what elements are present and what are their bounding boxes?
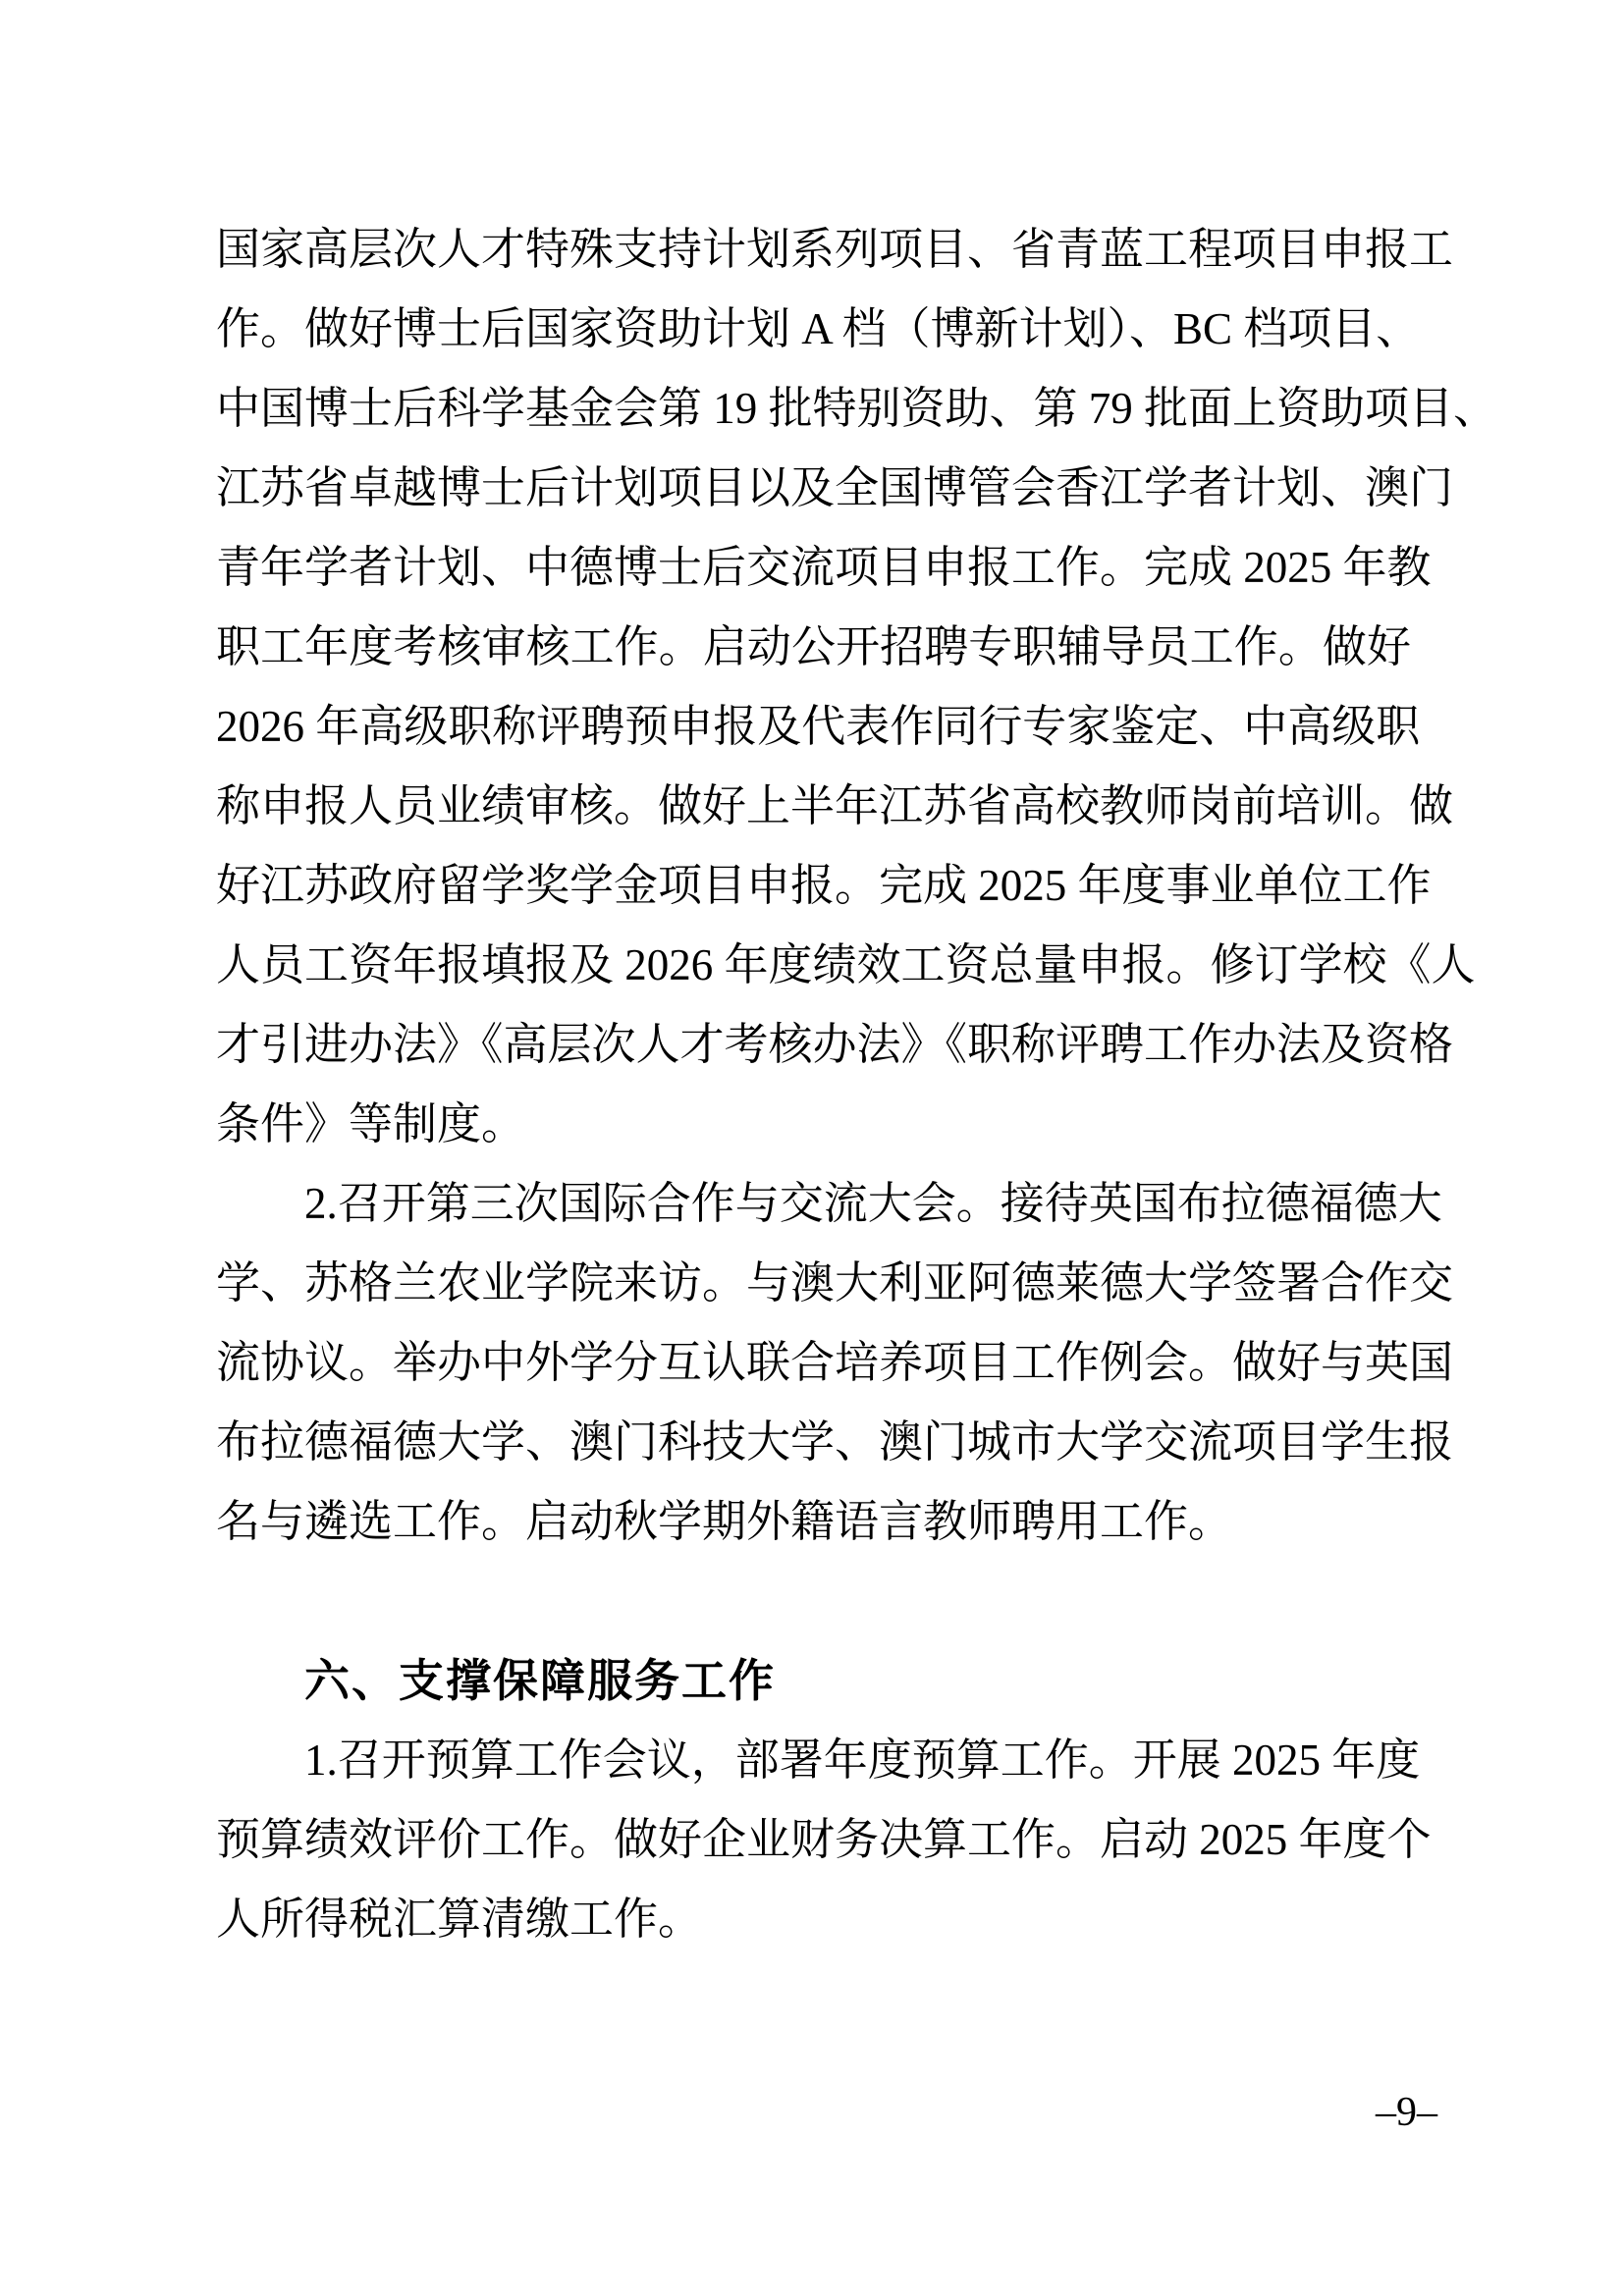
text-line: 好江苏政府留学奖学金项目申报。完成 2025 年度事业单位工作 xyxy=(216,846,1411,926)
text-line: 流协议。举办中外学分互认联合培养项目工作例会。做好与英国 xyxy=(216,1323,1411,1403)
text-line: 1.召开预算工作会议，部署年度预算工作。开展 2025 年度 xyxy=(216,1721,1411,1800)
text-line: 作。做好博士后国家资助计划 A 档（博新计划）、BC 档项目、 xyxy=(216,290,1411,369)
document-body: 国家高层次人才特殊支持计划系列项目、省青蓝工程项目申报工作。做好博士后国家资助计… xyxy=(216,210,1411,1959)
text-line: 才引进办法》《高层次人才考核办法》《职称评聘工作办法及资格 xyxy=(216,1005,1411,1085)
text-line: 预算绩效评价工作。做好企业财务决算工作。启动 2025 年度个 xyxy=(216,1800,1411,1880)
text-line: 江苏省卓越博士后计划项目以及全国博管会香江学者计划、澳门 xyxy=(216,449,1411,528)
text-line: 人所得税汇算清缴工作。 xyxy=(216,1880,1411,1959)
text-line: 国家高层次人才特殊支持计划系列项目、省青蓝工程项目申报工 xyxy=(216,210,1411,290)
text-line: 条件》等制度。 xyxy=(216,1085,1411,1164)
text-line: 名与遴选工作。启动秋学期外籍语言教师聘用工作。 xyxy=(216,1482,1411,1562)
text-line: 职工年度考核审核工作。启动公开招聘专职辅导员工作。做好 xyxy=(216,608,1411,687)
text-line: 2.召开第三次国际合作与交流大会。接待英国布拉德福德大 xyxy=(216,1164,1411,1244)
document-page: 国家高层次人才特殊支持计划系列项目、省青蓝工程项目申报工作。做好博士后国家资助计… xyxy=(0,0,1624,2296)
text-line: 称申报人员业绩审核。做好上半年江苏省高校教师岗前培训。做 xyxy=(216,767,1411,846)
text-line: 人员工资年报填报及 2026 年度绩效工资总量申报。修订学校《人 xyxy=(216,926,1411,1005)
text-line: 中国博士后科学基金会第 19 批特别资助、第 79 批面上资助项目、 xyxy=(216,369,1411,449)
text-line: 青年学者计划、中德博士后交流项目申报工作。完成 2025 年教 xyxy=(216,528,1411,608)
text-line: 学、苏格兰农业学院来访。与澳大利亚阿德莱德大学签署合作交 xyxy=(216,1244,1411,1323)
text-line: 布拉德福德大学、澳门科技大学、澳门城市大学交流项目学生报 xyxy=(216,1403,1411,1482)
text-line: 2026 年高级职称评聘预申报及代表作同行专家鉴定、中高级职 xyxy=(216,687,1411,767)
section-heading: 六、支撑保障服务工作 xyxy=(216,1641,1411,1721)
blank-line xyxy=(216,1562,1411,1641)
page-number: –9– xyxy=(1376,2073,1437,2153)
